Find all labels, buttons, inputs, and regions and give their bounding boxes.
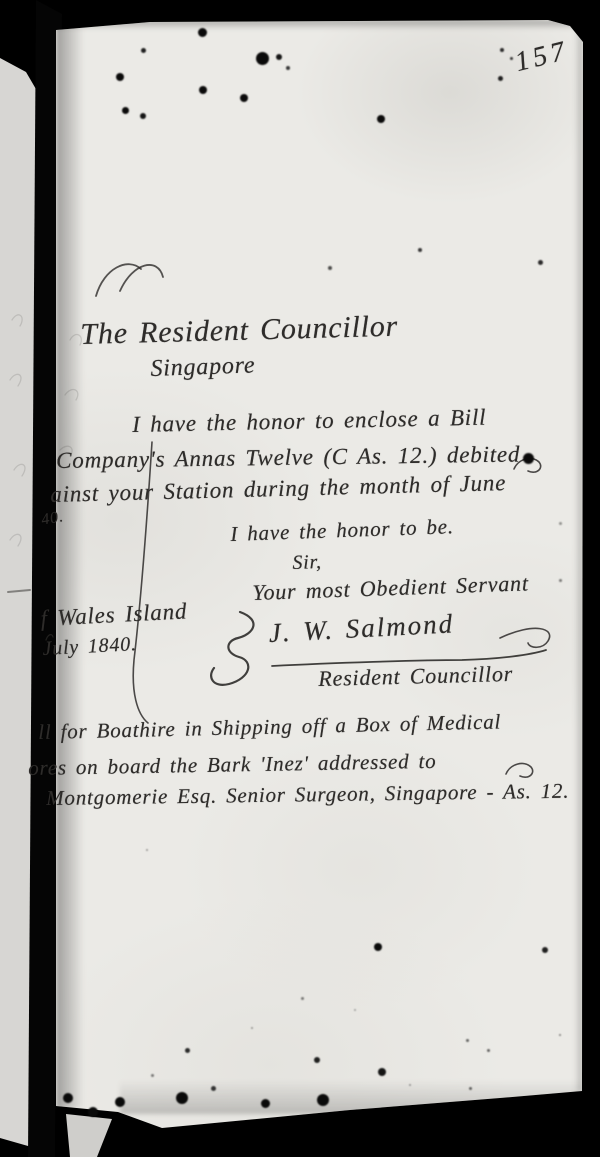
- bottom-edge-shading: [120, 1080, 582, 1114]
- right-edge-shading: [574, 30, 583, 1092]
- top-edge-shading: [56, 20, 584, 30]
- scanned-letter-page: 157 The Resident Councillor Singapore I …: [0, 0, 600, 1157]
- closing-sir: Sir,: [292, 551, 322, 575]
- body-line-year-fragment: 40.: [40, 508, 65, 530]
- gutter-shading: [56, 20, 84, 1108]
- date-line: July 1840.: [42, 633, 137, 661]
- signature-title: Resident Councillor: [318, 661, 513, 692]
- recipient-location: Singapore: [150, 352, 256, 383]
